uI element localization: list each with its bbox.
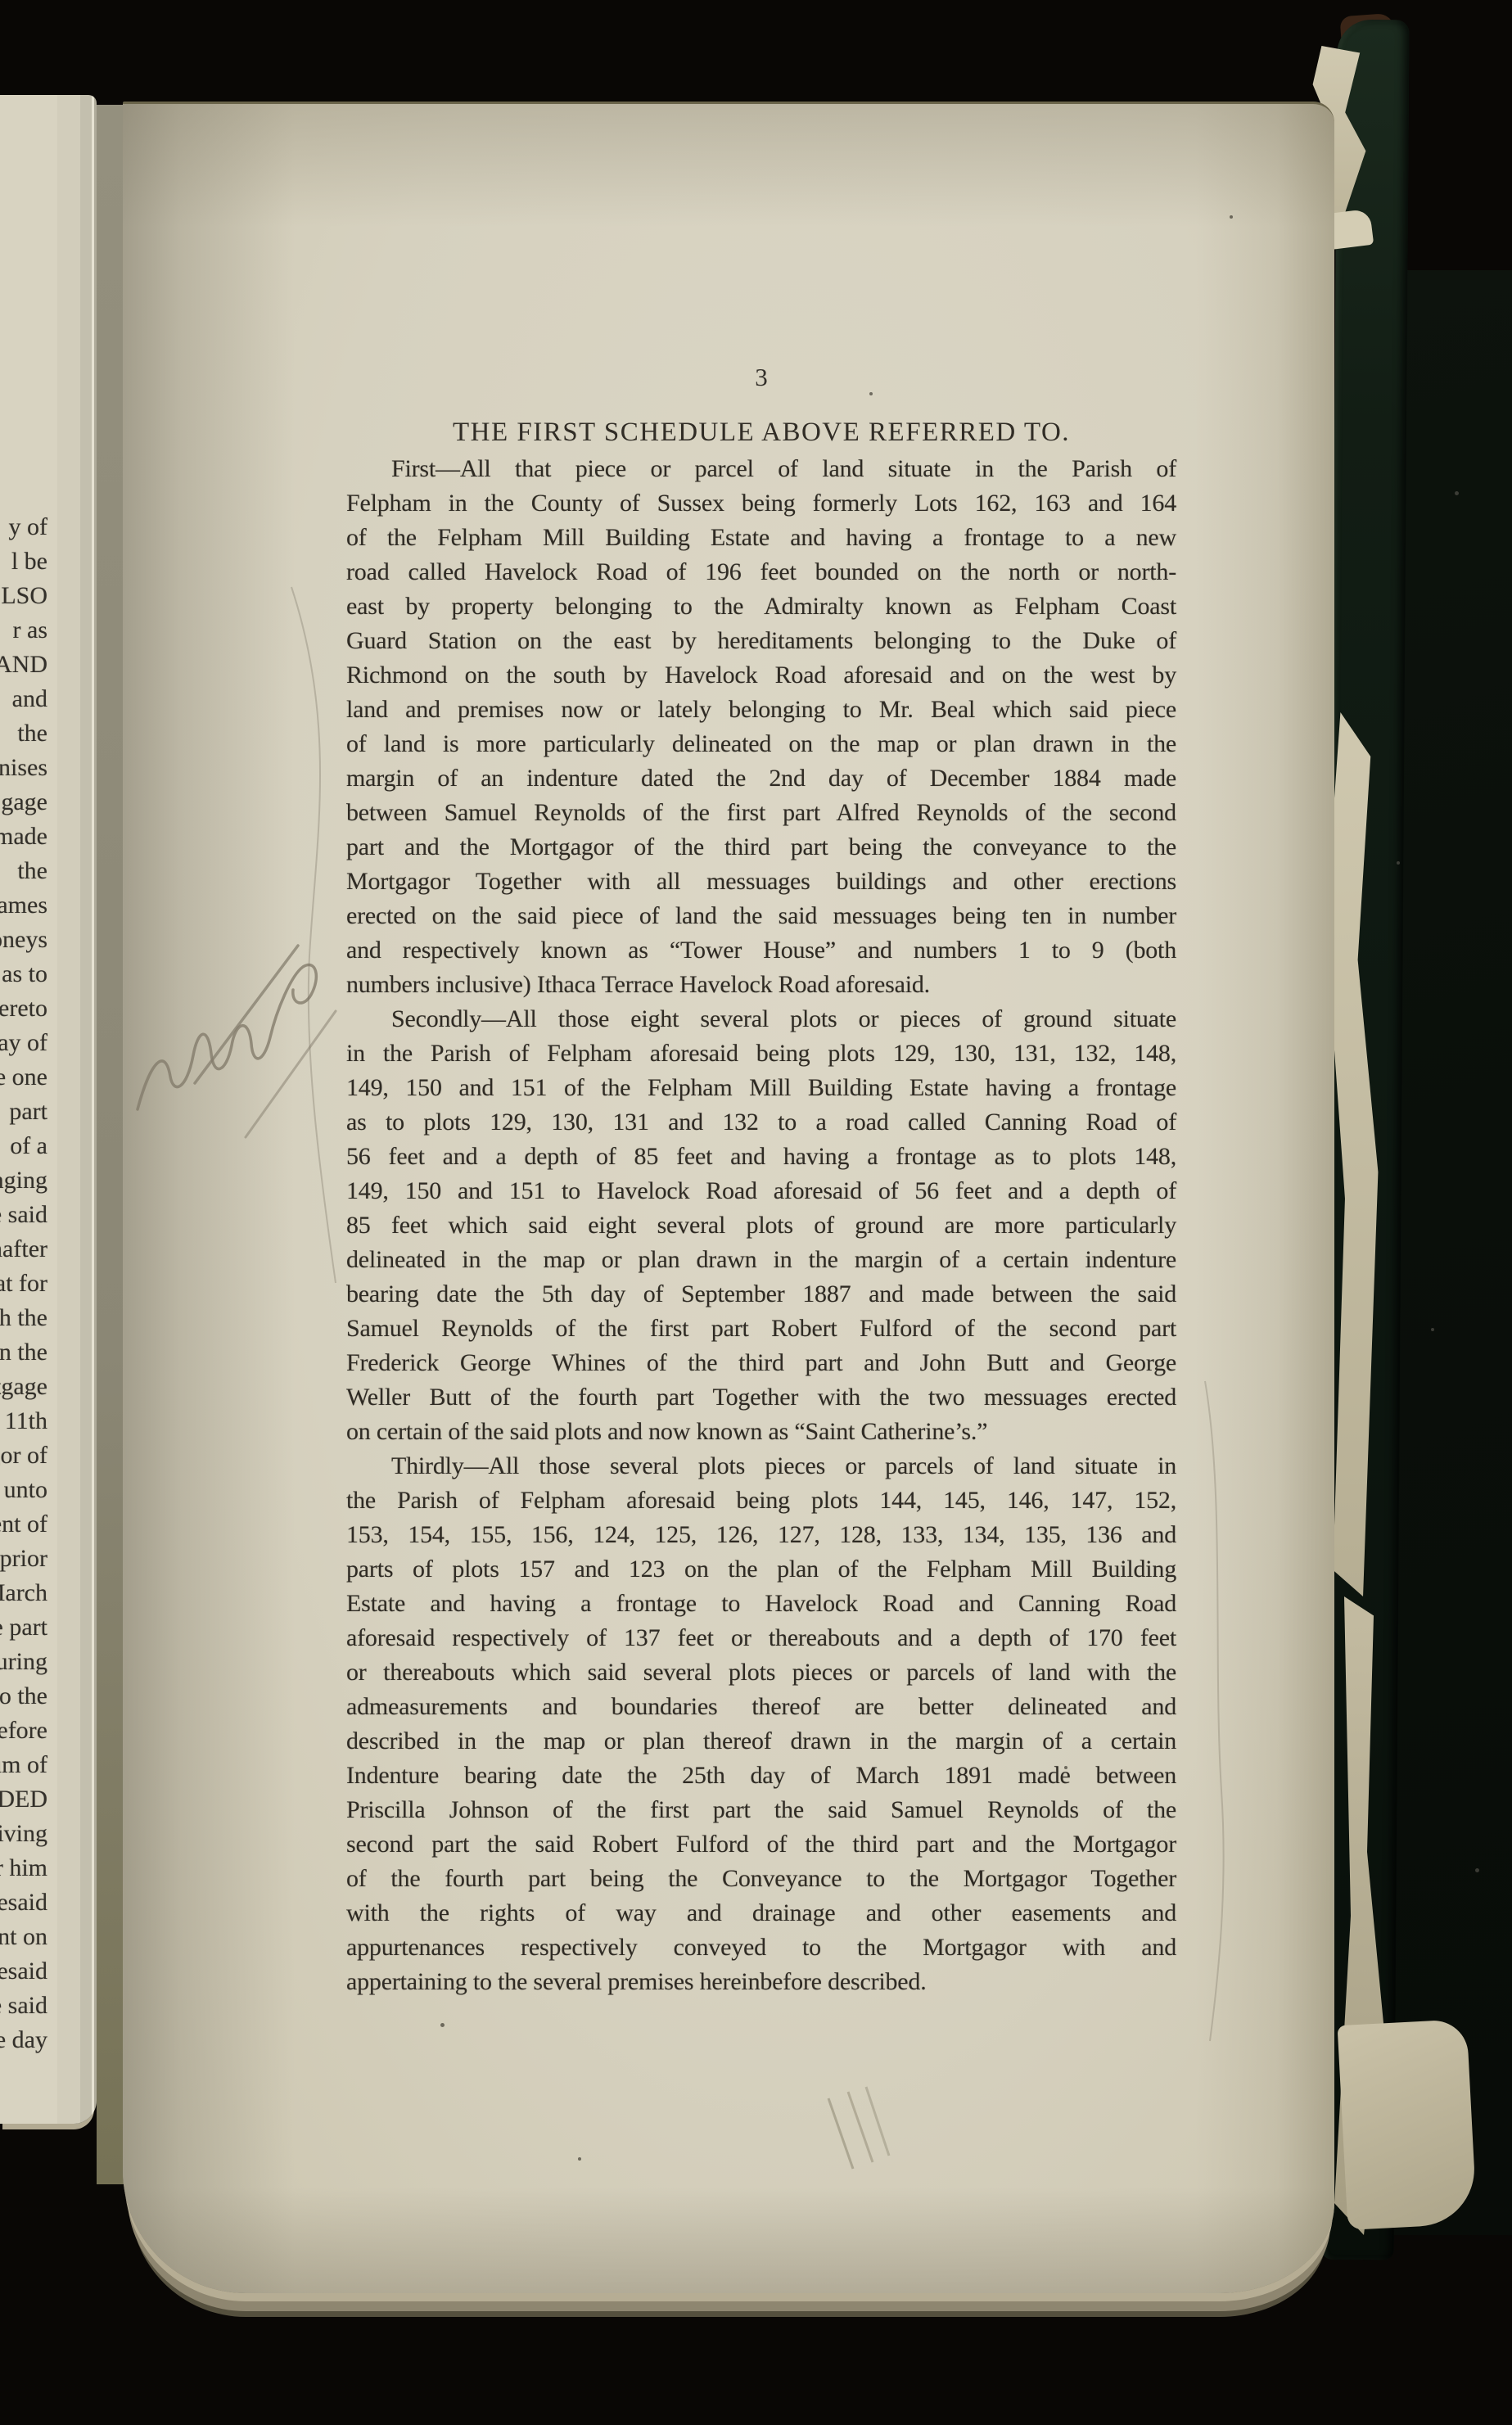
marginalia-fragment: e said [0,1198,47,1232]
marginalia-fragment: nging [0,1163,47,1198]
text-line: Indenture bearing date the 25th day of M… [346,1759,1176,1793]
text-line: First—All that piece or parcel of land s… [346,452,1176,486]
text-line: Estate and having a frontage to Havelock… [346,1587,1176,1621]
marginalia-fragment: the [0,854,47,888]
marginalia-fragment: ereto [0,991,47,1026]
ink-speck [1064,1766,1067,1769]
text-line: 149, 150 and 151 of the Felpham Mill Bui… [346,1071,1176,1105]
text-line: of the fourth part being the Conveyance … [346,1862,1176,1896]
book-gutter-shadow [97,105,124,2184]
ink-speck [869,392,873,395]
marginalia-fragment: LSO [0,579,47,613]
previous-page-edge: y of l be LSO r as AND and the nises gag… [0,95,97,2124]
book-photograph: y of l be LSO r as AND and the nises gag… [0,0,1512,2425]
marginalia-fragment: nafter [0,1232,47,1267]
text-line: of land is more particularly delineated … [346,727,1176,761]
page-number: 3 [346,360,1176,395]
marginalia-fragment: the [0,716,47,751]
text-line: on certain of the said plots and now kno… [346,1415,1176,1449]
text-line: Thirdly—All those several plots pieces o… [346,1449,1176,1483]
marginalia-fragment: of a [0,1129,47,1163]
marginalia-fragment: l unto [0,1473,47,1507]
text-line: parts of plots 157 and 123 on the plan o… [346,1552,1176,1587]
text-line: 149, 150 and 151 to Havelock Road afores… [346,1174,1176,1208]
book-cover [1390,270,1512,2235]
marginalia-fragment: ne said [0,1989,47,2023]
text-line: with the rights of way and drainage and … [346,1896,1176,1931]
marginalia-fragment: March [0,1576,47,1610]
marginalia-fragment: eriving [0,1817,47,1851]
text-line: second part the said Robert Fulford of t… [346,1827,1176,1862]
marginalia-fragment: ames [0,888,47,923]
marginalia-fragment: VIDED [0,1782,47,1817]
text-line: admeasurements and boundaries thereof ar… [346,1690,1176,1724]
schedule-heading: THE FIRST SCHEDULE ABOVE REFERRED TO. [346,415,1176,449]
text-line: 153, 154, 155, 156, 124, 125, 126, 127, … [346,1518,1176,1552]
text-line: Weller Butt of the fourth part Together … [346,1380,1176,1415]
marginalia-fragment: gor of [0,1438,47,1473]
text-line: road called Havelock Road of 196 feet bo… [346,555,1176,589]
text-line: bearing date the 5th day of September 18… [346,1277,1176,1312]
marginalia-fragment: part [0,1095,47,1129]
text-line: erected on the said piece of land the sa… [346,899,1176,933]
text-line: numbers inclusive) Ithaca Terrace Havelo… [346,968,1176,1002]
text-line: or thereabouts which said several plots … [346,1655,1176,1690]
document-page: 3 THE FIRST SCHEDULE ABOVE REFERRED TO. … [123,102,1334,2293]
ink-speck [1230,215,1233,219]
marginalia-fragment: r as [0,613,47,648]
marginalia-fragment: rtgage [0,1370,47,1404]
text-line: 56 feet and a depth of 85 feet and havin… [346,1140,1176,1174]
marginalia-fragment: l be [0,544,47,579]
marginalia-fragment: oneys [0,923,47,957]
text-line: as to plots 129, 130, 131 and 132 to a r… [346,1105,1176,1140]
text-line: Guard Station on the east by hereditamen… [346,624,1176,658]
dust-speck [1475,1868,1479,1872]
marginalia-fragment: AND [0,648,47,682]
text-line: between Samuel Reynolds of the first par… [346,796,1176,830]
text-line: appertaining to the several premises her… [346,1965,1176,1999]
marginalia-fragment: e one [0,1060,47,1095]
text-line: described in the map or plan thereof dra… [346,1724,1176,1759]
text-line: part and the Mortgagor of the third part… [346,830,1176,865]
text-line: Mortgagor Together with all messuages bu… [346,865,1176,899]
marginalia-fragment: made [0,820,47,854]
text-line: in the Parish of Felpham aforesaid being… [346,1036,1176,1071]
marginalia-fragment: e 11th [0,1404,47,1438]
marginalia-fragment: ecuring [0,1645,47,1679]
text-line: and respectively known as “Tower House” … [346,933,1176,968]
marginalia-fragment: foresaid [0,1954,47,1989]
text-line: appurtenances respectively conveyed to t… [346,1931,1176,1965]
marginalia-fragment: h the [0,1301,47,1335]
marginalia-fragment: nent of [0,1507,47,1542]
text-line: Samuel Reynolds of the first part Robert… [346,1312,1176,1346]
text-line: of the Felpham Mill Building Estate and … [346,521,1176,555]
marginalia-fragment: as to [0,957,47,991]
text-line: Priscilla Johnson of the first part the … [346,1793,1176,1827]
marginalia-fragment: gage [0,785,47,820]
marginalia-fragment: the day [0,2023,47,2057]
torn-page-fragment [1338,2019,1478,2230]
marginalia-fragment: foresaid [0,1885,47,1920]
marginalia-fragment: sum of [0,1748,47,1782]
text-line: Frederick George Whines of the third par… [346,1346,1176,1380]
marginalia-fragment: nises [0,751,47,785]
text-line: Richmond on the south by Havelock Road a… [346,658,1176,693]
marginalia-fragment: ler him [0,1851,47,1885]
document-body: First—All that piece or parcel of land s… [346,452,1176,1999]
dust-speck [1397,861,1400,865]
marginalia-fragment: prior [0,1542,47,1576]
marginalia-column: y of l be LSO r as AND and the nises gag… [0,510,47,2057]
marginalia-fragment: nbefore [0,1714,47,1748]
marginalia-fragment: and [0,682,47,716]
dust-speck [1431,1328,1434,1331]
text-line: the Parish of Felpham aforesaid being pl… [346,1483,1176,1518]
marginalia-fragment: at for [0,1267,47,1301]
ink-speck [578,2157,581,2161]
text-line: east by property belonging to the Admira… [346,589,1176,624]
marginalia-fragment: e part [0,1610,47,1645]
text-line: margin of an indenture dated the 2nd day… [346,761,1176,796]
marginalia-fragment: in the [0,1335,47,1370]
text-line: delineated in the map or plan drawn in t… [346,1243,1176,1277]
text-line: Felpham in the County of Sussex being fo… [346,486,1176,521]
ink-speck [440,2023,445,2027]
marginalia-fragment: ay of [0,1026,47,1060]
marginalia-fragment: dant on [0,1920,47,1954]
text-line: land and premises now or lately belongin… [346,693,1176,727]
text-line: 85 feet which said eight several plots o… [346,1208,1176,1243]
text-line: aforesaid respectively of 137 feet or th… [346,1621,1176,1655]
text-line: Secondly—All those eight several plots o… [346,1002,1176,1036]
dust-speck [1455,491,1459,495]
marginalia-fragment: to the [0,1679,47,1714]
marginalia-fragment: y of [0,510,47,544]
